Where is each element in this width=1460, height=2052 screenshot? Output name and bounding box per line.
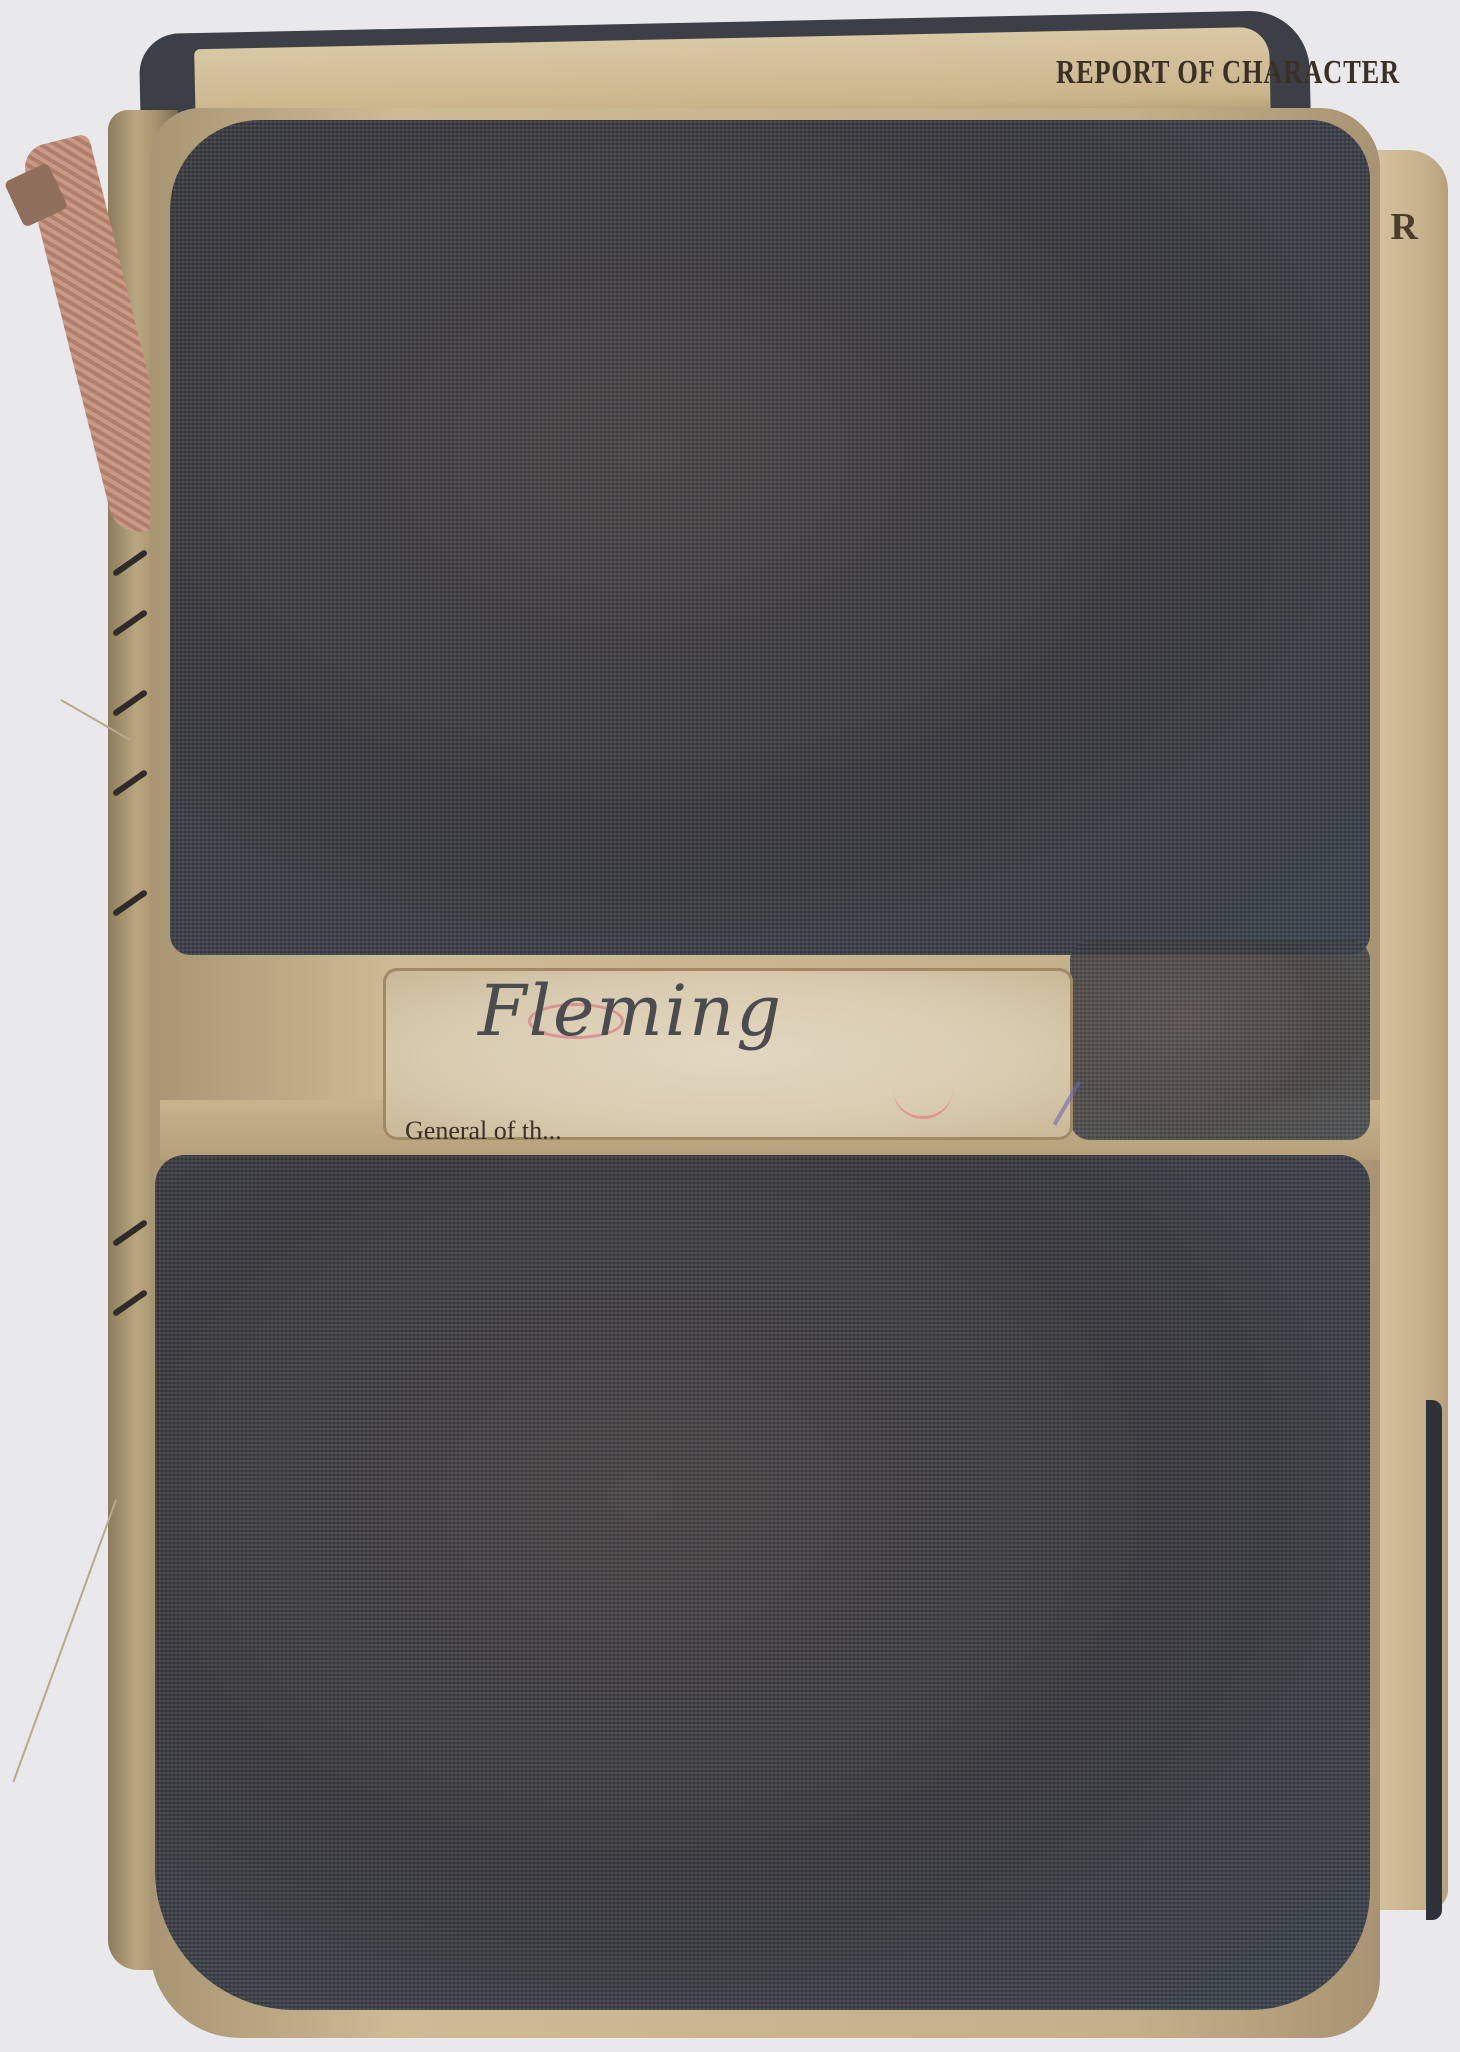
red-pencil-mark (893, 1088, 953, 1119)
handwritten-name: Fleming (478, 970, 783, 1052)
name-label: Fleming General of th... (383, 968, 1073, 1140)
book-photo: REPORT OF CHARACTER R Fleming General of… (0, 0, 1460, 2052)
cloth-cover-lower (155, 1155, 1370, 2010)
cloth-cover-patch (1070, 940, 1370, 1140)
right-edge-letter: R (1391, 205, 1418, 249)
top-edge-printed-text: REPORT OF CHARACTER (1056, 54, 1400, 92)
cloth-cover-upper (170, 120, 1370, 955)
label-printed-text: General of th... (405, 1116, 562, 1146)
back-cover-edge (1426, 1400, 1442, 1920)
loose-thread (12, 1500, 116, 1783)
